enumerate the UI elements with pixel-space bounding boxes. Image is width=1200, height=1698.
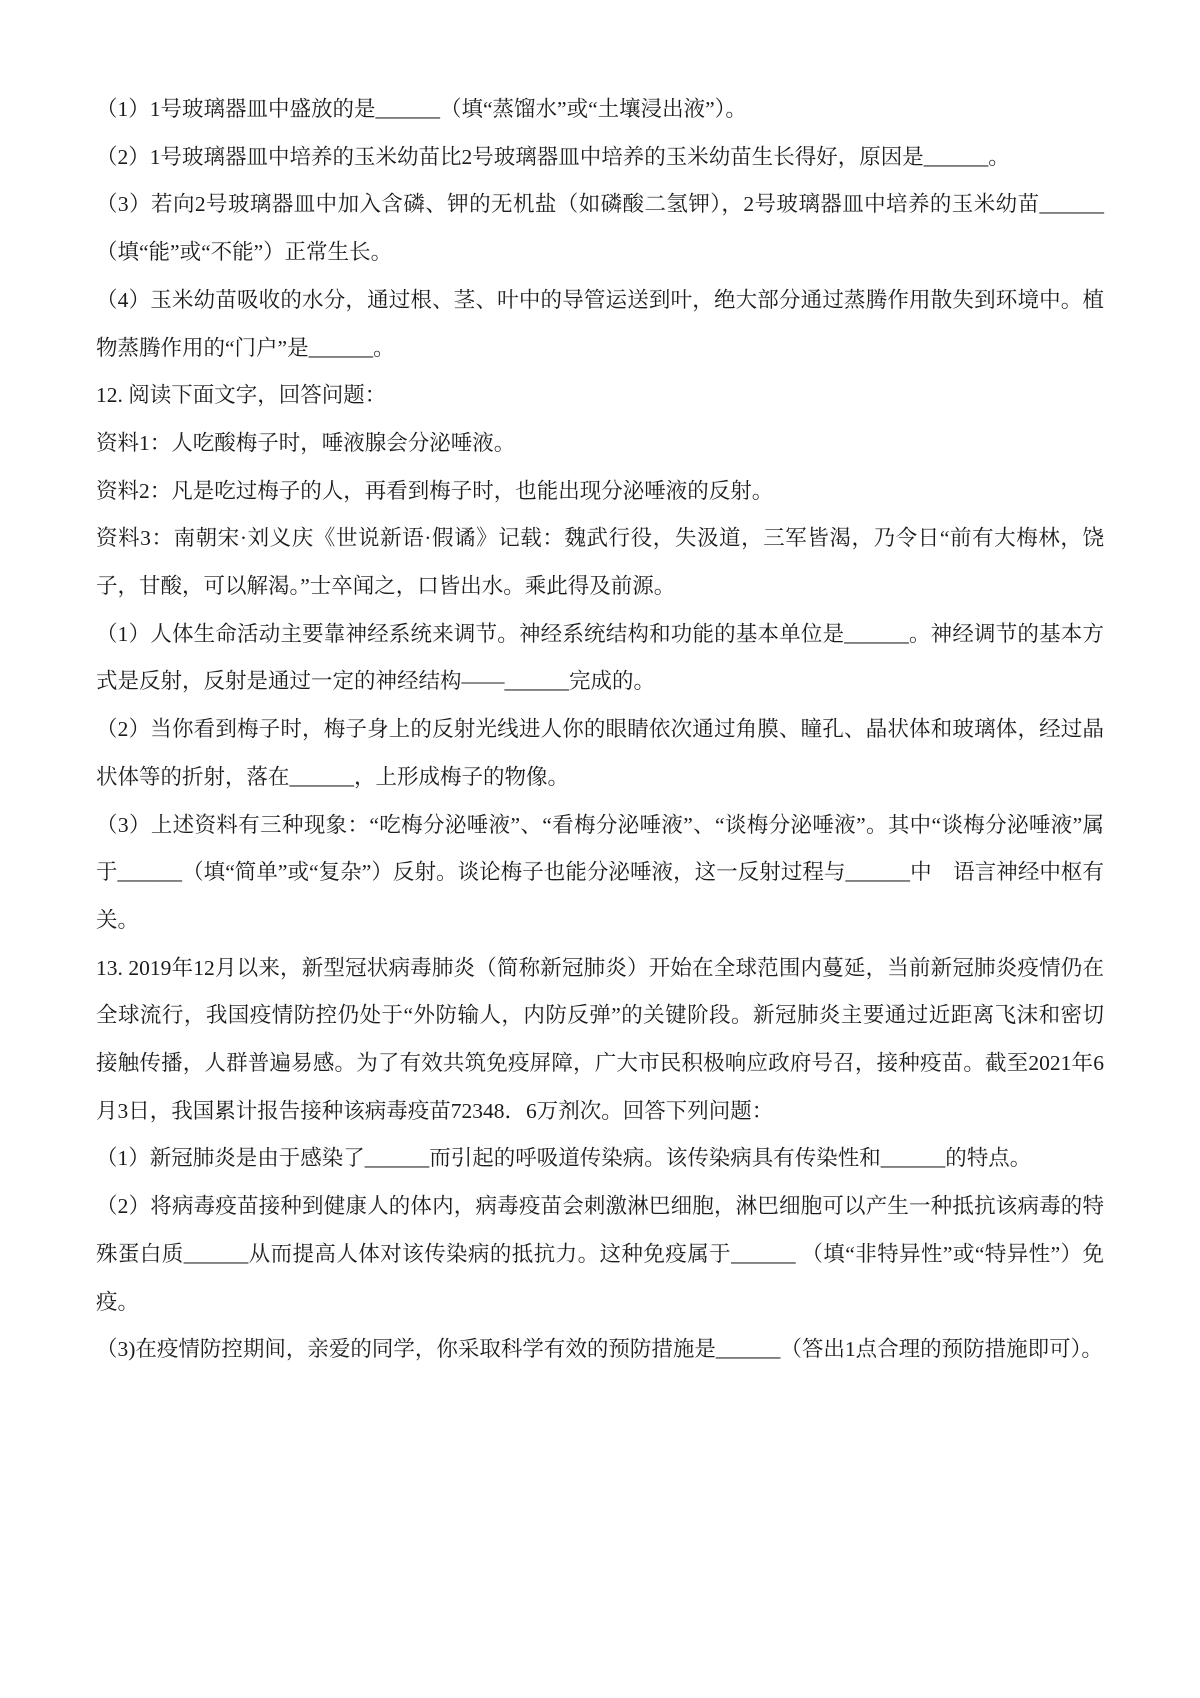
question-13-part-1: （1）新冠肺炎是由于感染了______而引起的呼吸道传染病。该传染病具有传染性和… (96, 1135, 1104, 1183)
question-11-part-1: （1）1号玻璃器皿中盛放的是______（填“蒸馏水”或“土壤浸出液”）。 (96, 86, 1104, 134)
question-12-stem: 12. 阅读下面文字，回答问题： (96, 372, 1104, 420)
question-13-part-3: （3)在疫情防控期间，亲爱的同学，你采取科学有效的预防措施是______（答出1… (96, 1326, 1104, 1374)
question-12-material-3: 资料3：南朝宋·刘义庆《世说新语·假谲》记载：魏武行役，失汲道，三军皆渴，乃令日… (96, 515, 1104, 610)
question-12-material-1: 资料1：人吃酸梅子时，唾液腺会分泌唾液。 (96, 420, 1104, 468)
question-11-part-2: （2）1号玻璃器皿中培养的玉米幼苗比2号玻璃器皿中培养的玉米幼苗生长得好，原因是… (96, 134, 1104, 182)
exam-text-body: （1）1号玻璃器皿中盛放的是______（填“蒸馏水”或“土壤浸出液”）。 （2… (96, 86, 1104, 1374)
question-12-part-2: （2）当你看到梅子时，梅子身上的反射光线进人你的眼睛依次通过角膜、瞳孔、晶状体和… (96, 706, 1104, 801)
question-13-stem: 13. 2019年12月以来，新型冠状病毒肺炎（简称新冠肺炎）开始在全球范围内蔓… (96, 945, 1104, 1136)
question-12-part-3: （3）上述资料有三种现象：“吃梅分泌唾液”、“看梅分泌唾液”、“谈梅分泌唾液”。… (96, 802, 1104, 945)
question-11-part-4: （4）玉米幼苗吸收的水分，通过根、茎、叶中的导管运送到叶，绝大部分通过蒸腾作用散… (96, 277, 1104, 372)
question-11-part-3: （3）若向2号玻璃器皿中加入含磷、钾的无机盐（如磷酸二氢钾），2号玻璃器皿中培养… (96, 181, 1104, 276)
question-13-part-2: （2）将病毒疫苗接种到健康人的体内，病毒疫苗会刺激淋巴细胞，淋巴细胞可以产生一种… (96, 1183, 1104, 1326)
exam-document-page: （1）1号玻璃器皿中盛放的是______（填“蒸馏水”或“土壤浸出液”）。 （2… (0, 0, 1200, 1698)
question-12-material-2: 资料2：凡是吃过梅子的人，再看到梅子时，也能出现分泌唾液的反射。 (96, 468, 1104, 516)
question-12-part-1: （1）人体生命活动主要靠神经系统来调节。神经系统结构和功能的基本单位是_____… (96, 611, 1104, 706)
